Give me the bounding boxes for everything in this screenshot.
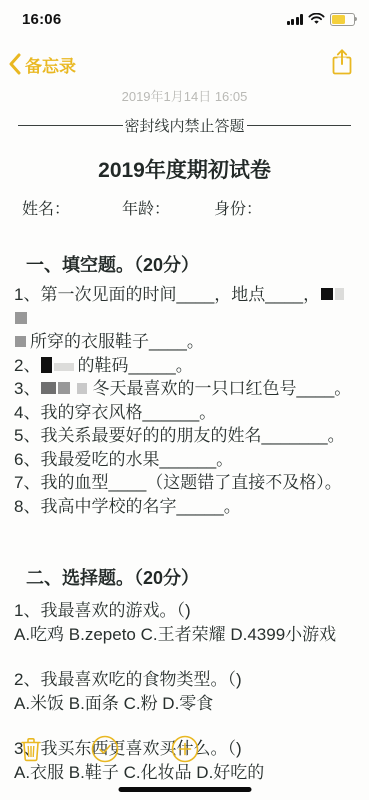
bottom-toolbar [0,728,369,776]
question-7: 7、我的血型____（这题错了直接不及格）。 [12,471,357,495]
back-button[interactable]: 备忘录 [8,52,76,77]
wifi-icon [308,13,325,25]
name-field-label: 姓名： [22,196,70,219]
home-indicator[interactable] [118,787,251,792]
battery-icon [330,13,355,26]
notes-app-screen: 16:06 备忘录 [0,0,369,800]
redaction-box [15,312,27,324]
identity-field-label: 身份： [214,196,262,219]
section1-heading: 一、填空题。（20分） [12,251,357,277]
status-time: 16:06 [22,11,61,28]
redaction-box [54,363,74,371]
trash-icon [20,736,42,762]
question-5: 5、我关系最要好的的朋友的姓名_______。 [12,424,357,448]
seal-rule-left [18,125,123,126]
question-3: 3、冬天最喜欢的一只口红色号____。 [12,377,357,401]
redaction-box [58,382,70,394]
fill-in-questions: 1、第一次见面的时间____，地点____， 所穿的衣服鞋子____。 2、的鞋… [12,283,357,518]
question-6: 6、我最爱吃的水果______。 [12,448,357,472]
add-circle-icon [171,735,199,763]
seal-text: 密封线内禁止答题 [123,115,247,136]
choice-1-options: A.吃鸡 B.zepeto C.王者荣耀 D.4399小游戏 [12,623,357,647]
section2-heading: 二、选择题。（20分） [12,564,357,590]
back-button-label: 备忘录 [25,52,76,77]
choice-2-options: A.米饭 B.面条 C.粉 D.零食 [12,692,357,716]
exam-fields-row: 姓名： 年龄： 身份： [22,196,357,219]
checklist-button[interactable] [88,732,122,766]
redaction-box [77,383,87,394]
redaction-box [15,336,26,347]
note-content[interactable]: 2019年1月14日 16:05 密封线内禁止答题 2019年度期初试卷 姓名：… [0,86,369,728]
check-circle-icon [91,735,119,763]
choice-2-question: 2、我最喜欢吃的食物类型。（) [12,668,357,692]
share-button[interactable] [331,48,353,81]
question-1-line1: 1、第一次见面的时间____，地点____， [12,283,357,330]
battery-level [332,15,345,24]
note-timestamp: 2019年1月14日 16:05 [12,86,357,105]
redaction-box [335,288,344,300]
nav-bar: 备忘录 [0,42,369,86]
redaction-box [41,382,56,394]
share-icon [331,48,353,76]
note-title: 2019年度期初试卷 [12,154,357,184]
choice-1-question: 1、我最喜欢的游戏。（) [12,599,357,623]
delete-note-button[interactable] [14,732,48,766]
new-note-button[interactable] [168,732,202,766]
status-icons [287,13,356,26]
age-field-label: 年龄： [122,196,170,219]
question-4: 4、我的穿衣风格______。 [12,401,357,425]
cellular-signal-icon [287,14,304,25]
question-8: 8、我高中学校的名字_____。 [12,495,357,519]
question-2: 2、的鞋码_____。 [12,354,357,378]
redaction-box [41,357,52,373]
redaction-box [321,288,333,300]
seal-line: 密封线内禁止答题 [18,115,351,136]
seal-rule-right [247,125,352,126]
question-1-line2: 所穿的衣服鞋子____。 [12,330,357,354]
status-bar: 16:06 [0,0,369,32]
chevron-left-icon [8,53,21,75]
